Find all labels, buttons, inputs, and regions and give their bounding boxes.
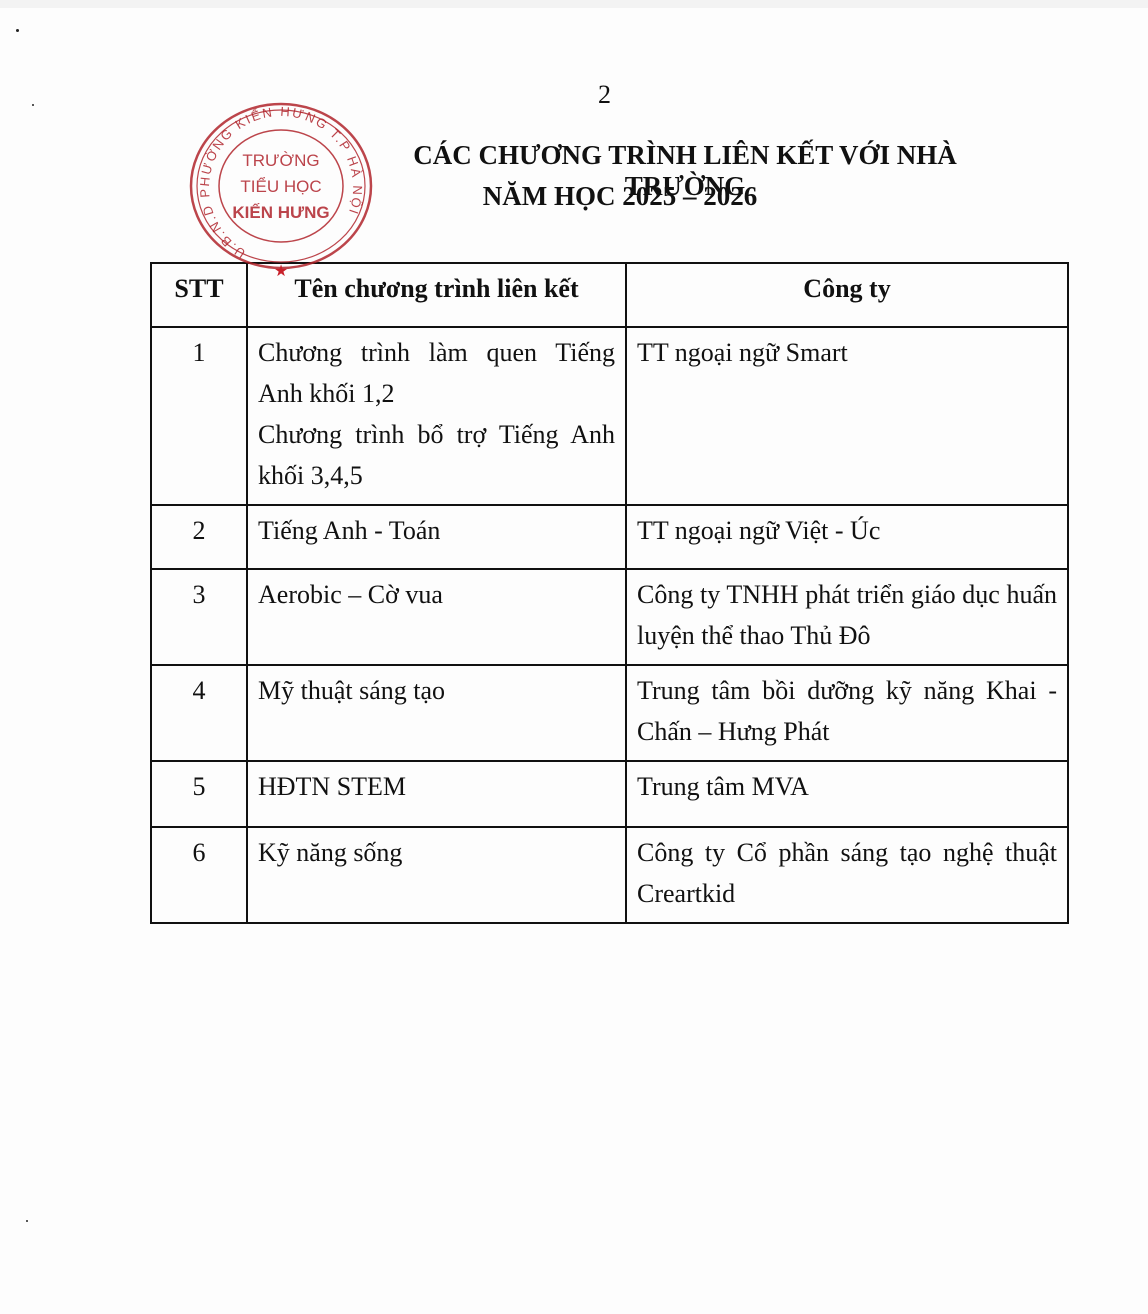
stamp-ring-text: U.B.N.D PHƯỜNG KIẾN HƯNG T.P HÀ NỘI [197,104,365,261]
program-name: Chương trình bổ trợ Tiếng Anh khối 3,4,5 [258,414,615,496]
table-header-row: STT Tên chương trình liên kết Công ty [151,263,1068,327]
cell-company: Trung tâm MVA [626,761,1068,827]
cell-stt: 5 [151,761,247,827]
header-program: Tên chương trình liên kết [247,263,626,327]
table-row: 2Tiếng Anh - ToánTT ngoại ngữ Việt - Úc [151,505,1068,569]
cell-program: HĐTN STEM [247,761,626,827]
program-name: HĐTN STEM [258,766,615,807]
cell-stt: 6 [151,827,247,923]
cell-program: Chương trình làm quen Tiếng Anh khối 1,2… [247,327,626,505]
cell-company: Trung tâm bồi dưỡng kỹ năng Khai - Chấn … [626,665,1068,761]
cell-stt: 1 [151,327,247,505]
stamp-line-1: TRƯỜNG [242,151,319,170]
school-seal-stamp: U.B.N.D PHƯỜNG KIẾN HƯNG T.P HÀ NỘI TRƯỜ… [186,100,376,280]
cell-stt: 4 [151,665,247,761]
program-name: Chương trình làm quen Tiếng Anh khối 1,2 [258,332,615,414]
table-row: 1Chương trình làm quen Tiếng Anh khối 1,… [151,327,1068,505]
stamp-line-3: KIẾN HƯNG [232,203,329,222]
scan-speck [32,104,34,106]
cell-program: Kỹ năng sống [247,827,626,923]
cell-program: Tiếng Anh - Toán [247,505,626,569]
header-stt: STT [151,263,247,327]
programs-table: STT Tên chương trình liên kết Công ty 1C… [150,262,1069,924]
program-name: Kỹ năng sống [258,832,615,873]
cell-company: Công ty Cổ phần sáng tạo nghệ thuật Crea… [626,827,1068,923]
header-company: Công ty [626,263,1068,327]
scan-edge [0,0,1148,8]
cell-stt: 2 [151,505,247,569]
program-name: Tiếng Anh - Toán [258,510,615,551]
table-row: 3Aerobic – Cờ vuaCông ty TNHH phát triển… [151,569,1068,665]
cell-stt: 3 [151,569,247,665]
scan-speck [16,29,19,32]
cell-company: Công ty TNHH phát triển giáo dục huấn lu… [626,569,1068,665]
stamp-line-2: TIỂU HỌC [240,177,321,196]
table-row: 6Kỹ năng sốngCông ty Cổ phần sáng tạo ng… [151,827,1068,923]
program-name: Aerobic – Cờ vua [258,574,615,615]
table-row: 4Mỹ thuật sáng tạoTrung tâm bồi dưỡng kỹ… [151,665,1068,761]
document-subtitle: NĂM HỌC 2025 – 2026 [365,181,875,212]
cell-company: TT ngoại ngữ Việt - Úc [626,505,1068,569]
scan-speck [26,1220,28,1222]
program-name: Mỹ thuật sáng tạo [258,670,615,711]
cell-program: Mỹ thuật sáng tạo [247,665,626,761]
page-number: 2 [598,80,611,110]
cell-company: TT ngoại ngữ Smart [626,327,1068,505]
cell-program: Aerobic – Cờ vua [247,569,626,665]
svg-text:U.B.N.D PHƯỜNG KIẾN HƯNG T.P H: U.B.N.D PHƯỜNG KIẾN HƯNG T.P HÀ NỘI [197,104,365,261]
table-row: 5HĐTN STEMTrung tâm MVA [151,761,1068,827]
